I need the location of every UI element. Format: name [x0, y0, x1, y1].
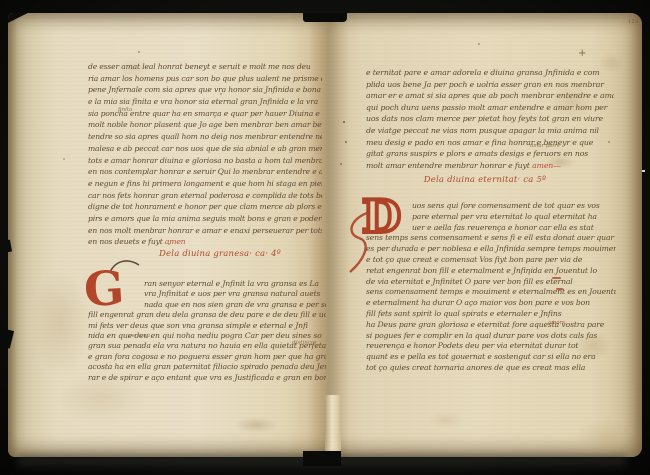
manuscript-text-line: tots e amar honrar diuina e gloriosa no … [88, 156, 322, 168]
manuscript-text-line: de esser amat leal honrat beneyt e serui… [88, 62, 322, 74]
manuscript-text-line: uer e aella fas reuerença e honor car el… [366, 223, 616, 234]
page-stain [30, 268, 90, 378]
manuscript-text-line: quant es e pella es tot gouernat e soste… [366, 352, 616, 363]
interlinear-correction: amar plors [530, 143, 560, 149]
folio-number: 123 [628, 19, 639, 25]
manuscript-text-line: en nos contemplar honrar e seruir Qui lo… [88, 167, 322, 179]
interlinear-correction: amors [548, 320, 565, 326]
manuscript-text-line: pene Jnfernale com sia apres que vra hon… [88, 85, 322, 97]
red-correction-tick [552, 277, 561, 279]
manuscript-book: de esser amat leal honrat beneyt e serui… [8, 13, 642, 457]
manuscript-text-line: molt noble honor plasent que Jo age ben … [88, 120, 322, 132]
manuscript-text-line: uos dats nos clam merce per pietat hoy f… [366, 114, 614, 126]
manuscript-text-line: gitat grans suspirs e plors e amats desi… [366, 149, 614, 161]
line-text: en nos deuets e fuyt [88, 237, 165, 246]
interlinear-correction: persona [128, 333, 150, 339]
page-corner-shadow [8, 13, 30, 24]
page-stain [576, 418, 636, 452]
amen-red-word: amen— [532, 161, 561, 170]
paragraph-lines: uos sens qui fore comensament de tot qua… [366, 201, 616, 374]
manuscript-text-line: si pogues fer e complir en la qual durar… [366, 331, 616, 342]
manuscript-text-line: nida en que deu en qui noha nediu pogra … [88, 331, 326, 341]
manuscript-text-line: uos sens qui fore comensament de tot qua… [366, 201, 616, 212]
manuscript-text-line: vra Jnfinitat e uos per vra gransa natur… [88, 289, 326, 299]
manuscript-text-line: malesa e ab peccat car nos uos que de si… [88, 144, 322, 156]
red-correction-tick [556, 288, 563, 290]
photo-backdrop: de esser amat leal honrat beneyt e serui… [0, 0, 650, 475]
interlinear-correction: finita [118, 107, 132, 113]
manuscript-text-line: tendre so sia apres quall hom no deig no… [88, 132, 322, 144]
cross-mark: + [578, 48, 586, 59]
page-stain [428, 411, 464, 429]
manuscript-text-line: amar er e amat si sia apres que ab poch … [366, 91, 614, 103]
right-paragraph-1: e ternitat pare e amar adorela e diuina … [366, 68, 614, 172]
manuscript-text-line: fill engenrat gran deu dela gransa de de… [88, 310, 326, 320]
manuscript-text-line: e negun e fins hi primera longament e qu… [88, 179, 322, 191]
spine-top-notch [303, 13, 347, 22]
dust-speck [642, 170, 645, 172]
manuscript-text-line: digne de tot honrament e honor per que c… [88, 202, 322, 214]
manuscript-text-line: sens temps sens comensament e sens fi e … [366, 233, 616, 244]
manuscript-text-line: tot ço quies creat tornaria anores de qu… [366, 363, 616, 374]
manuscript-text-line: es per durada e per noblesa e ella Jnfin… [366, 244, 616, 255]
manuscript-text-line: e tot ço que creat e comensat Vos fiyt b… [366, 255, 616, 266]
manuscript-text-line: car nos fets honrar gran eternal poderos… [88, 191, 322, 203]
deckle-edge-nib [8, 240, 12, 253]
chapter-rubric-left: Dela diuina granesa· ca· 4º [140, 249, 300, 259]
amen-red-word: amen [165, 237, 186, 246]
manuscript-text-line: en nos deuets e fuyt amen [88, 237, 322, 249]
manuscript-text-line: en nos molt menbrar honrar e amar e enax… [88, 226, 322, 238]
manuscript-text-line: rar e de spirar e aço entant que vra es … [88, 373, 326, 383]
page-stain [234, 417, 278, 433]
manuscript-text-line: fill fets sant spirit lo qual spirats e … [366, 309, 616, 320]
manuscript-text-line: pirs e amors que la mia anima seguis mol… [88, 214, 322, 226]
manuscript-text-line: plida uos bene Ja per poch e uolria esse… [366, 80, 614, 92]
manuscript-text-line: sens comensament temps e mouiment e eter… [366, 287, 616, 298]
manuscript-text-line: reuerença e honor Podets deu per via ete… [366, 341, 616, 352]
line-text: molt amar entendre menbrar honrar e fuyt [366, 161, 532, 170]
manuscript-text-line: e gran fora cogosa e no poguera esser gr… [88, 352, 326, 362]
manuscript-text-line: ria amar los homens pus car son bo que p… [88, 74, 322, 86]
manuscript-text-line: gran sua penada ela vra natura no hauia … [88, 341, 326, 351]
manuscript-text-line: de via eternitat e Jnfinitet O pare ver … [366, 277, 616, 288]
chapter-rubric-right: Dela diuina eternitat· ca 5º [400, 175, 570, 185]
spine-binding-strip [325, 395, 341, 457]
manuscript-text-line: nada que en nos sien gran de vra gransa … [88, 300, 326, 310]
manuscript-text-line: acosta ha en ella gran paternitat filiac… [88, 362, 326, 372]
deckle-edge-nib [8, 329, 14, 348]
manuscript-text-line: qui poch dura uens passio molt amar ente… [366, 103, 614, 115]
left-paragraph-2: ran senyor eternal e Jnfinit la vra gran… [88, 279, 326, 383]
manuscript-text-line: mi fets ver deus que son vna gransa simp… [88, 321, 326, 331]
paragraph-lines: e ternitat pare e amar adorela e diuina … [366, 68, 614, 161]
paragraph-lines: de esser amat leal honrat beneyt e serui… [88, 62, 322, 237]
manuscript-text-line: molt amar entendre menbrar honrar e fuyt… [366, 161, 614, 173]
manuscript-text-line: ran senyor eternal e Jnfinit la vra gran… [88, 279, 326, 289]
left-paragraph-1: de esser amat leal honrat beneyt e serui… [88, 62, 322, 249]
manuscript-text-line: pare eternal per vra eternitat lo qual e… [366, 212, 616, 223]
right-paragraph-2: uos sens qui fore comensament de tot qua… [366, 201, 616, 374]
manuscript-text-line: ha Deus pare gran gloriosa e eternitat f… [366, 320, 616, 331]
margin-note: distincio [292, 340, 316, 346]
manuscript-text-line: retat engenrat bon fill e eternalment e … [366, 266, 616, 277]
spine-bottom-notch [303, 451, 341, 466]
paragraph-lines: ran senyor eternal e Jnfinit la vra gran… [88, 279, 326, 383]
manuscript-text-line: de viatge peccat ne vias nom pusque apag… [366, 126, 614, 138]
manuscript-text-line: e ternitat pare e amar adorela e diuina … [366, 68, 614, 80]
manuscript-text-line: e eternalment ha durar O aço maior vos b… [366, 298, 616, 309]
manuscript-text-line: meu desig e pado en nos amar e fina honr… [366, 138, 614, 150]
